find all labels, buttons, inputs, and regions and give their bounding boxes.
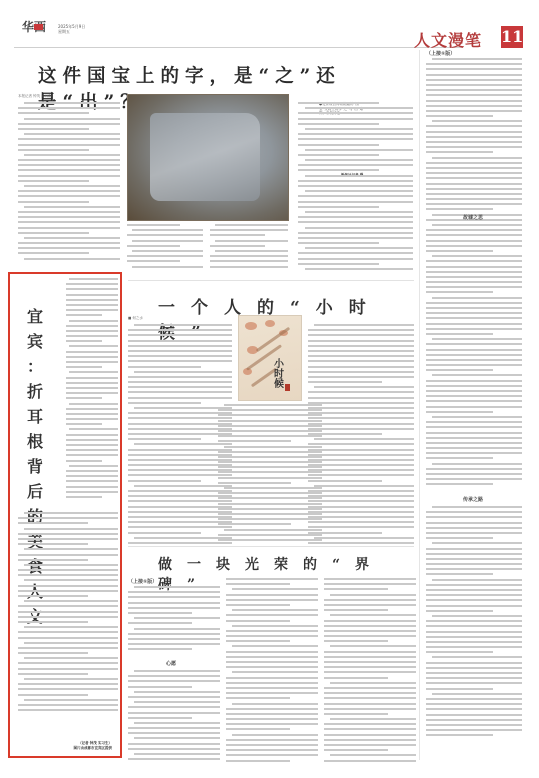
title-char: 宾 <box>24 329 46 354</box>
right-col-text2 <box>426 224 522 494</box>
section-title: 人文漫笔 <box>414 28 482 51</box>
yibin-text-top <box>66 278 118 503</box>
section-divider <box>128 280 414 281</box>
title-char: 背 <box>24 454 46 479</box>
title-char: 折 <box>24 379 46 404</box>
right-col-text1 <box>426 58 522 228</box>
childhood-col2 <box>218 404 322 544</box>
stone-inscription-photo <box>127 94 289 221</box>
boundary-col3 <box>324 578 416 766</box>
title-char: 宜 <box>24 304 46 329</box>
boundary-col1-bottom <box>128 670 220 765</box>
masthead-logo: 华西 <box>22 18 54 40</box>
childhood-col3 <box>308 324 414 546</box>
right-col-continued: （上接①版） <box>426 50 455 57</box>
book-seal-icon <box>285 384 290 391</box>
right-col-text3 <box>426 506 522 766</box>
yibin-article-box: 宜 宾 ： 折 耳 根 背 后 的 美 食 人 文 <box>8 272 122 758</box>
main-byline: 本报记者 钟茂 庐丹阳 <box>18 94 52 99</box>
main-article-col4 <box>298 102 413 274</box>
boundary-col1-top <box>128 586 220 656</box>
right-col-subhead1: 故墟之思 <box>463 214 483 221</box>
yibin-text-bottom <box>18 512 118 712</box>
credit-line: 图片由成都市宜宾区提供 <box>74 746 113 751</box>
right-col-subhead2: 传承之路 <box>463 496 483 503</box>
main-article-col3 <box>210 224 288 274</box>
weekday-line: 星期五 <box>58 29 85 34</box>
childhood-col1 <box>128 324 232 546</box>
main-article-col2 <box>127 224 203 274</box>
childhood-byline: ■ 何之水 <box>128 316 143 321</box>
yibin-credits: （记者 钟茂 实习生） 图片由成都市宜宾区提供 <box>74 741 113 750</box>
cover-petal <box>245 322 257 330</box>
boundary-col2 <box>226 578 318 766</box>
section-divider <box>128 546 414 547</box>
cover-petal <box>265 320 275 327</box>
page-number-badge: 11 <box>501 26 523 48</box>
boundary-continued: （上接①版） <box>128 578 157 585</box>
boundary-subhead: 心愿 <box>166 660 176 667</box>
masthead-date: 2025年5月9日 星期五 <box>58 24 85 34</box>
photo-stone-surface <box>150 113 260 201</box>
credit-line: （记者 钟茂 实习生） <box>74 741 113 746</box>
title-char: 根 <box>24 429 46 454</box>
column-divider <box>419 50 420 760</box>
masthead-rule <box>14 47 462 48</box>
main-article-col1 <box>18 102 120 262</box>
title-char: 后 <box>24 479 46 504</box>
book-cover-image: 小时候 <box>238 315 302 401</box>
logo-seal-icon <box>34 24 43 30</box>
title-char: 耳 <box>24 404 46 429</box>
newspaper-page: 华西 2025年5月9日 星期五 人文漫笔 11 这件国宝上的字，是“之”还是“… <box>8 10 530 770</box>
title-char: ： <box>24 354 46 379</box>
